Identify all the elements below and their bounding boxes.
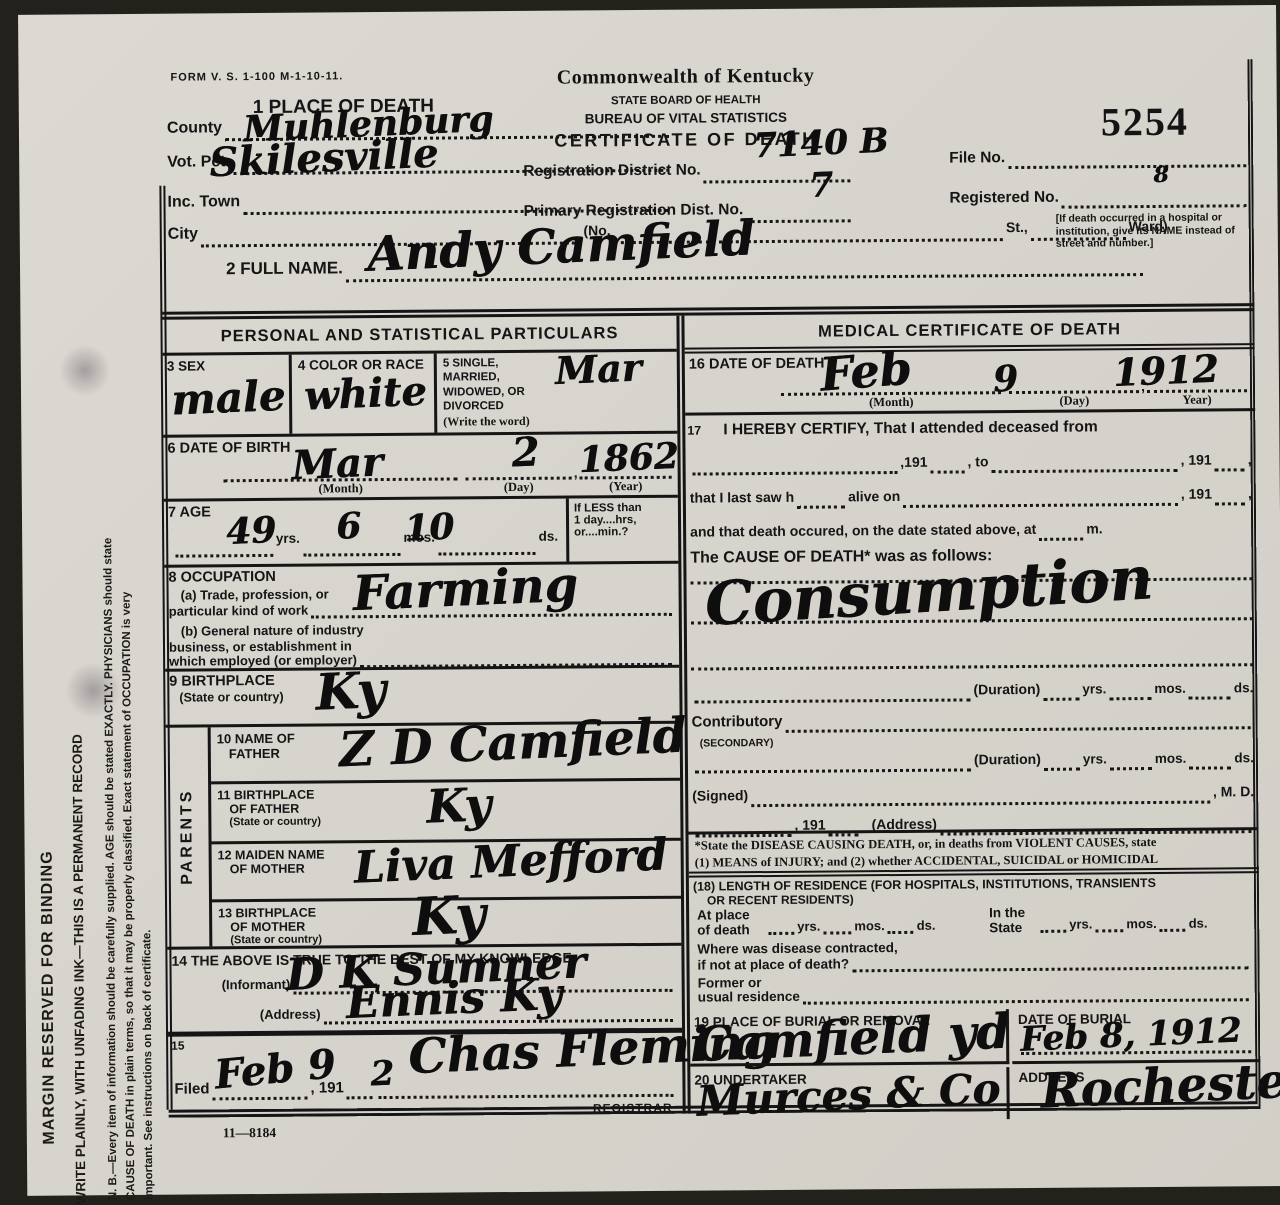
full-name-label: 2 FULL NAME.	[226, 258, 343, 279]
dotted-leader	[1215, 466, 1245, 471]
age-days-handwriting: 10	[403, 509, 455, 547]
at-place-line2: of death	[697, 922, 750, 937]
county-label: County	[167, 119, 222, 137]
dotted-leader	[1044, 766, 1080, 771]
dotted-leader	[1095, 927, 1123, 932]
dotted-leader	[360, 661, 672, 668]
duration-ds: ds.	[1234, 680, 1254, 695]
footnote-line2: (1) MEANS of INJURY; and (2) whether ACC…	[695, 850, 1253, 871]
res-yrs2: yrs.	[1069, 916, 1092, 931]
primary-registration-label: Primary Registration Dist. No.	[524, 201, 744, 221]
dod-year-caption: Year)	[1147, 392, 1247, 408]
mother-name-handwriting: Liva Mefford	[353, 833, 668, 890]
dotted-rule	[691, 663, 1253, 670]
dod-day-caption: (Day)	[1009, 393, 1139, 409]
dotted-leader	[175, 552, 273, 558]
undertaker-handwriting: Murces & Co	[696, 1068, 1001, 1123]
undertaker-cell: 20 UNDERTAKER Murces & Co	[690, 1067, 1009, 1122]
state-board-title: STATE BOARD OF HEALTH	[521, 93, 851, 108]
dotted-leader	[718, 236, 1003, 243]
personal-column: PERSONAL AND STATISTICAL PARTICULARS 3 S…	[162, 316, 690, 1118]
margin-nb-line1: N. B.—Every item of information should b…	[100, 310, 119, 1186]
dob-day-caption: (Day)	[466, 480, 572, 496]
certify-191a: ,191	[900, 454, 927, 470]
md-label: , M. D.	[1213, 783, 1254, 799]
dotted-leader	[1039, 536, 1083, 541]
sex-cell: 3 SEX male	[163, 355, 293, 435]
occupation-b-line1: (b) General nature of industry	[181, 622, 364, 638]
birthplace-handwriting: Ky	[314, 665, 386, 718]
duration2-yrs: yrs.	[1083, 751, 1107, 766]
dotted-leader	[785, 724, 1250, 733]
father-name-handwriting: Z D Camfield	[338, 712, 687, 775]
sex-value-handwriting: male	[170, 375, 286, 422]
dotted-leader	[693, 469, 898, 476]
burial-place-cell: 19 PLACE OF BURIAL OR REMOVAL Camfield y…	[690, 1009, 1009, 1067]
dotted-leader	[694, 696, 970, 703]
duration-mos: mos.	[1154, 681, 1186, 696]
birthplace-label: 9 BIRTHPLACE	[165, 668, 679, 690]
dotted-leader	[751, 799, 1210, 808]
age-ds-caption: ds.	[539, 529, 559, 544]
dotted-leader	[931, 468, 965, 473]
dotted-leader	[768, 930, 794, 935]
contributory-label: Contributory	[692, 713, 783, 731]
parents-strip: PARENTS	[166, 727, 213, 946]
father-name-row: 10 NAME OF FATHER Z D Camfield	[211, 724, 680, 785]
death-certificate-form: FORM V. S. 1-100 M-1-10-11. 1 PLACE OF D…	[160, 59, 1260, 1118]
dotted-leader	[1043, 696, 1079, 701]
father-bp-handwriting: Ky	[425, 781, 492, 830]
city-st-label: St.,	[1006, 219, 1028, 235]
certify-to: , to	[967, 453, 988, 469]
age-less-line2: 1 day....hrs,	[574, 514, 676, 527]
dob-year-handwriting: 1862	[578, 438, 680, 478]
dod-day-handwriting: 9	[992, 361, 1019, 398]
marital-note: (Write the word)	[437, 412, 677, 429]
dotted-leader	[695, 766, 971, 773]
dotted-leader	[438, 550, 536, 556]
registered-no-handwriting: 8	[1153, 164, 1169, 187]
medical-column: MEDICAL CERTIFICATE OF DEATH 16 DATE OF …	[684, 311, 1260, 1113]
certify-death-occured: and that death occured, on the date stat…	[690, 521, 1036, 540]
margin-nb-line3: important. See instructions on back of c…	[136, 310, 155, 1186]
duration-label: (Duration)	[973, 681, 1040, 698]
margin-write-plainly-note: WRITE PLAINLY, WITH UNFADING INK—THIS IS…	[67, 444, 88, 1186]
certify-191b: , 191	[1180, 452, 1211, 468]
dotted-leader	[803, 996, 1249, 1005]
dotted-leader	[347, 1094, 373, 1099]
duration2-ds: ds.	[1234, 750, 1254, 765]
dod-month-handwriting: Feb	[818, 345, 913, 398]
informant-address-handwriting: Ennis Ky	[345, 973, 563, 1026]
dotted-leader	[1215, 500, 1245, 505]
contracted-line2: if not at place of death?	[697, 956, 849, 972]
dotted-leader	[903, 501, 1178, 508]
vot-pet-value-handwriting: Skilesville	[208, 134, 439, 184]
dob-comma: ,	[574, 464, 578, 480]
certify-191c: , 191	[1181, 486, 1212, 502]
res-mos2: mos.	[1126, 916, 1156, 931]
color-race-cell: 4 COLOR OR RACE white	[292, 354, 438, 434]
certify-line1: I HEREBY CERTIFY, That I attended deceas…	[723, 418, 1098, 439]
age-months-handwriting: 6	[335, 508, 362, 545]
hospital-instruction-note: [If death occurred in a hospital or inst…	[1056, 211, 1254, 250]
dotted-leader	[992, 467, 1178, 473]
contracted-line1: Where was disease contracted,	[697, 940, 897, 957]
marital-handwriting: Mar	[554, 348, 642, 390]
burial-date-handwriting: Feb 8, 1912	[1019, 1013, 1242, 1056]
dotted-leader	[852, 964, 1249, 972]
informant-address-label: (Address)	[260, 1007, 321, 1022]
in-the-line1: In the	[989, 905, 1025, 920]
informant-label: (Informant)	[222, 977, 291, 993]
age-less-line1: If LESS than	[574, 502, 676, 515]
dob-day-handwriting: 2	[511, 432, 541, 473]
margin-nb-line2: CAUSE OF DEATH in plain terms, so that i…	[118, 310, 137, 1186]
res-ds2: ds.	[1189, 916, 1208, 931]
occupation-a-line1: (a) Trade, profession, or	[181, 586, 329, 602]
registration-district-label: Registration District No.	[523, 162, 701, 181]
age-less-than-box: If LESS than 1 day....hrs, or....min.?	[566, 498, 678, 562]
dotted-leader	[823, 929, 851, 934]
certificate-paper: MARGIN RESERVED FOR BINDING WRITE PLAINL…	[18, 5, 1280, 1186]
registrar-label: REGISTRAR	[593, 1101, 673, 1116]
duration2-mos: mos.	[1155, 751, 1187, 766]
dob-year-caption: (Year)	[580, 479, 672, 495]
res-ds1: ds.	[917, 918, 936, 933]
duration2-label: (Duration)	[974, 751, 1041, 768]
occupation-a-line2: particular kind of work	[169, 603, 309, 619]
color-race-handwriting: white	[303, 372, 427, 417]
dotted-leader	[1189, 694, 1231, 699]
in-the-line2: State	[989, 920, 1022, 935]
marital-cell: 5 SINGLE, MARRIED, WIDOWED, OR DIVORCED …	[437, 352, 678, 433]
dotted-leader	[1160, 927, 1186, 932]
dotted-leader	[1008, 162, 1246, 169]
burial-place-handwriting: Camfield yd	[693, 1008, 1010, 1069]
city-label: City	[168, 225, 198, 243]
certify-comma1: ,	[1248, 451, 1252, 467]
dotted-leader	[1109, 695, 1151, 700]
res-mos1: mos.	[854, 918, 884, 933]
parents-label: PARENTS	[178, 789, 197, 885]
dotted-leader	[1040, 928, 1066, 933]
dotted-leader	[1062, 202, 1247, 208]
certify-m: m.	[1086, 520, 1102, 536]
age-years-handwriting: 49	[225, 512, 277, 550]
mother-birthplace-row: 13 BIRTHPLACE OF MOTHER (State or countr…	[212, 899, 681, 947]
dotted-leader	[1110, 765, 1152, 770]
dotted-leader	[303, 551, 401, 557]
dotted-leader	[888, 929, 914, 934]
res-yrs1: yrs.	[797, 919, 820, 934]
occupation-handwriting: Farming	[352, 561, 579, 619]
age-yrs-caption: yrs.	[276, 531, 300, 546]
filed-date-handwriting: Feb 9	[213, 1044, 338, 1095]
at-place-line1: At place	[697, 907, 750, 922]
dotted-leader	[379, 1092, 674, 1099]
dotted-leader	[1189, 764, 1231, 769]
signed-label: (Signed)	[692, 787, 748, 803]
primary-registration-handwriting: 7	[809, 168, 834, 203]
former-line2: usual residence	[698, 989, 800, 1005]
margin-binding-note: MARGIN RESERVED FOR BINDING	[36, 485, 59, 1145]
birthplace-subnote: (State or country)	[179, 690, 283, 705]
filed-label: Filed	[174, 1080, 209, 1097]
registered-no-label: Registered No.	[949, 189, 1059, 208]
dotted-leader	[746, 217, 850, 223]
certify-lastsaw: that I last saw h	[690, 489, 794, 506]
dob-month-handwriting: Mar	[291, 442, 384, 486]
marital-label: 5 SINGLE, MARRIED, WIDOWED, OR DIVORCED	[437, 353, 551, 414]
secondary-label: (SECONDARY)	[700, 737, 774, 750]
certificate-number: 5254	[1101, 98, 1189, 146]
certify-comma2: ,	[1248, 485, 1252, 501]
dod-month-caption: (Month)	[781, 394, 1002, 411]
registration-district-handwriting: 7140 B	[752, 124, 889, 164]
undertaker-address-handwriting: Rochester	[1040, 1056, 1280, 1116]
certify-section-number: 17	[687, 424, 701, 438]
commonwealth-title: Commonwealth of Kentucky	[520, 64, 850, 90]
filed-year-handwriting: 2	[370, 1057, 395, 1092]
inc-town-label: Inc. Town	[167, 193, 240, 212]
plate-number: 11—8184	[223, 1125, 276, 1141]
certify-aliveon: alive on	[848, 488, 900, 504]
undertaker-address-cell: ADDRESS Rochester	[1012, 1065, 1260, 1119]
dod-year-handwriting: 1912	[1112, 350, 1219, 392]
residence-label-line2: OR RECENT RESIDENTS)	[707, 892, 854, 907]
mother-bp-handwriting: Ky	[411, 889, 486, 944]
age-less-line3: or....min.?	[574, 526, 676, 539]
duration-yrs: yrs.	[1082, 681, 1106, 696]
residence-label-line1: (18) LENGTH OF RESIDENCE (FOR HOSPITALS,…	[693, 876, 1156, 894]
dotted-leader	[797, 503, 845, 508]
file-no-label: File No.	[949, 149, 1005, 167]
cause-of-death-handwriting: Consumption	[703, 548, 1154, 635]
form-number: FORM V. S. 1-100 M-1-10-11.	[170, 70, 343, 83]
